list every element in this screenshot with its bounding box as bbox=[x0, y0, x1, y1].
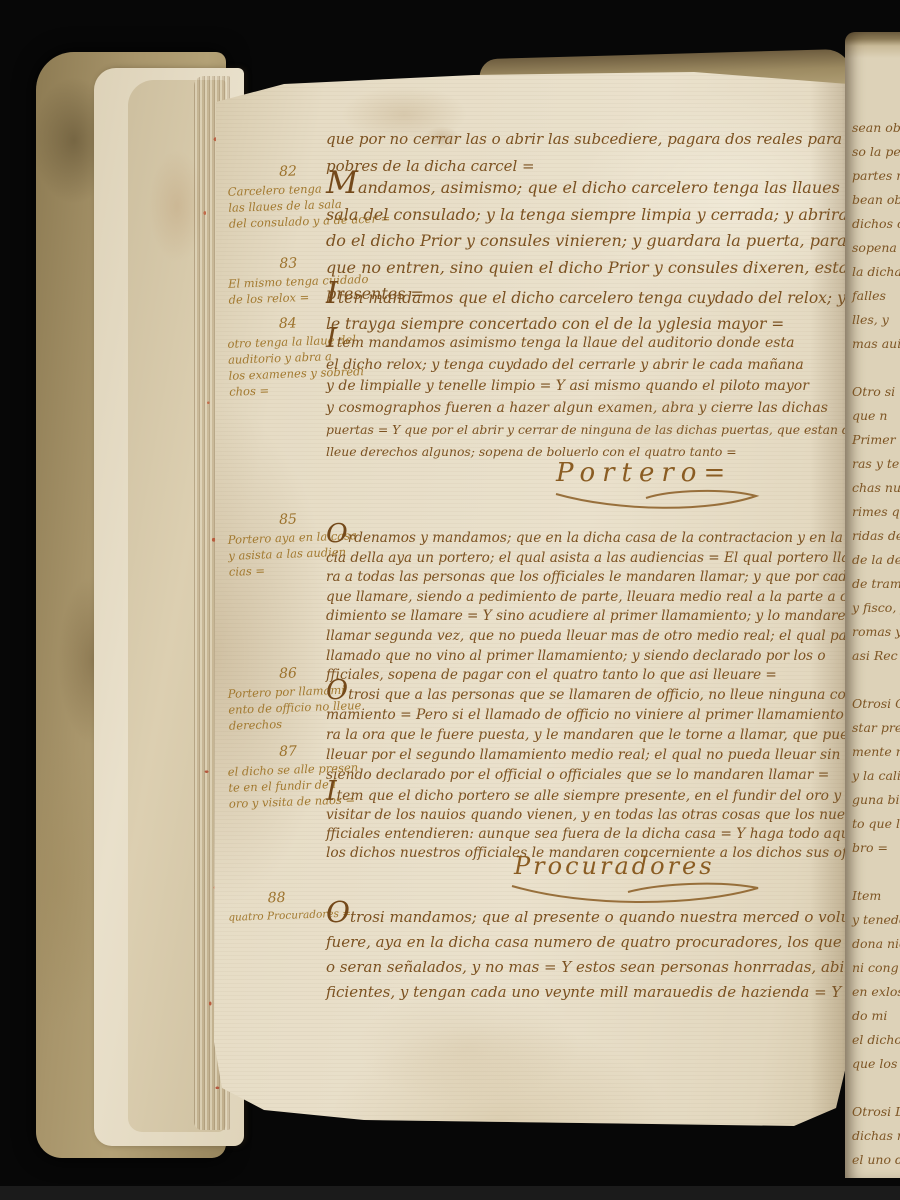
facing-fragment-line: Otrosi Gon bbox=[852, 692, 900, 716]
facing-fragment-line: do mi bbox=[852, 1004, 900, 1028]
manuscript-line: cia della aya un portero; el qual asista… bbox=[326, 549, 848, 569]
manuscript-line: Mandamos, asimismo; que el dicho carcele… bbox=[326, 171, 848, 202]
facing-fragment-line: chas nue bbox=[852, 476, 900, 500]
margin-note-text: el dicho se alle presente en el fundir d… bbox=[228, 760, 334, 812]
margin-note-line: chos = bbox=[229, 380, 333, 400]
margin-note-line: de los relox = bbox=[228, 288, 332, 308]
facing-fragment-line: romas y bbox=[852, 620, 900, 644]
facing-fragment-line: mente mu bbox=[852, 740, 900, 764]
heading-procuradores: Procuradores bbox=[514, 852, 715, 880]
margin-number-84: 84 bbox=[279, 314, 332, 332]
manuscript-line: llamado que no vino al primer llamamient… bbox=[326, 647, 848, 667]
manuscript-line: fuere, aya en la dicha casa numero de qu… bbox=[326, 930, 848, 955]
paragraph-85: Ordenamos y mandamos; que en la dicha ca… bbox=[326, 523, 848, 686]
margin-note-text: Carcelero tengalas llaues de la saladel … bbox=[228, 180, 334, 232]
manuscript-line: el dicho relox; y tenga cuydado del cerr… bbox=[326, 355, 848, 377]
facing-fragment-line: to que la L bbox=[852, 812, 900, 836]
facing-fragment-line: que n bbox=[852, 404, 900, 428]
facing-fragment-line: en exlos bbox=[852, 980, 900, 1004]
manuscript-line: Otrosi que a las personas que se llamare… bbox=[326, 680, 848, 705]
facing-fragment-line bbox=[852, 860, 900, 884]
manuscript-line: que llamare, siendo a pedimiento de part… bbox=[326, 588, 848, 608]
manuscript-line: Item mandamos asimismo tenga la llaue de… bbox=[326, 328, 848, 355]
margin-note-text: Portero por llamamiento de officio no ll… bbox=[228, 682, 334, 734]
facing-fragment-line: partes no bbox=[852, 164, 900, 188]
facing-fragment-line: dichas nu bbox=[852, 1124, 900, 1148]
facing-fragment-line bbox=[852, 668, 900, 692]
facing-page-sliver: sean ob lso la pepartes nobean oblidicho… bbox=[845, 32, 900, 1178]
facing-fragment-line: y fisco, y bbox=[852, 596, 900, 620]
facing-fragment-line: y tenedor bbox=[852, 908, 900, 932]
heading-procuradores-text: Procuradores bbox=[514, 852, 715, 880]
facing-fragment-line: Item bbox=[852, 884, 900, 908]
facing-fragment-line: lles, y bbox=[852, 308, 900, 332]
facing-page-text: sean ob lso la pepartes nobean oblidicho… bbox=[852, 116, 900, 1178]
facing-fragment-line bbox=[852, 1076, 900, 1100]
manuscript-page: que por no cerrar las o abrir las subced… bbox=[214, 72, 848, 1132]
manuscript-line: Item que el dicho portero se alle siempr… bbox=[326, 781, 848, 806]
manuscript-line: que no entren, sino quien el dicho Prior… bbox=[326, 255, 848, 282]
facing-fragment-line: ridas de bbox=[852, 524, 900, 548]
margin-number-82: 82 bbox=[279, 162, 332, 180]
facing-fragment-line: sean ob l bbox=[852, 116, 900, 140]
facing-fragment-line: Otrosi L bbox=[852, 1100, 900, 1124]
facing-fragment-line: asi Rec bbox=[852, 644, 900, 668]
manuscript-line: do el dicho Prior y consules vinieren; y… bbox=[326, 228, 848, 255]
paragraph-88: Otrosi mandamos; que al presente o quand… bbox=[326, 901, 848, 1005]
facing-fragment-line: la dicha c bbox=[852, 260, 900, 284]
manuscript-line: sala del consulado; y la tenga siempre l… bbox=[326, 202, 848, 229]
underline-flourish bbox=[550, 486, 770, 512]
facing-fragment-line: star pres bbox=[852, 716, 900, 740]
margin-note-text: quatro Procuradores = bbox=[228, 906, 332, 926]
margin-note-text: Portero aya en la casay asista a las aud… bbox=[228, 528, 334, 580]
facing-fragment-line: de la derec bbox=[852, 548, 900, 572]
facing-fragment-line: bro = bbox=[852, 836, 900, 860]
manuscript-line: que por no cerrar las o abrir las subced… bbox=[326, 126, 848, 153]
facing-fragment-line: ras y ten bbox=[852, 452, 900, 476]
margin-note-86: 86 Portero por llamamiento de officio no… bbox=[227, 664, 333, 734]
facing-fragment-line: ligados en bbox=[852, 1172, 900, 1178]
margin-note-text: El mismo tenga cuidadode los relox = bbox=[228, 272, 333, 308]
margin-note-line: quatro Procuradores = bbox=[228, 906, 332, 926]
facing-fragment-line: bean obli bbox=[852, 188, 900, 212]
manuscript-photo: que por no cerrar las o abrir las subced… bbox=[0, 0, 900, 1200]
manuscript-line: y cosmographos fueren a hazer algun exam… bbox=[326, 398, 848, 420]
margin-note-82: 82 Carcelero tengalas llaues de la salad… bbox=[227, 162, 333, 232]
margin-note-83: 83 El mismo tenga cuidadode los relox = bbox=[227, 254, 333, 308]
facing-fragment-line: so la pe bbox=[852, 140, 900, 164]
margin-note-line: cias = bbox=[229, 560, 333, 580]
facing-fragment-line: de trama bbox=[852, 572, 900, 596]
margin-number-88: 88 bbox=[267, 888, 332, 906]
facing-fragment-line bbox=[852, 356, 900, 380]
manuscript-line: y de limpialle y tenelle limpio = Y asi … bbox=[326, 376, 848, 398]
margin-number-85: 85 bbox=[279, 510, 332, 528]
paragraph-86: Otrosi que a las personas que se llamare… bbox=[326, 680, 848, 785]
margin-note-87: 87 el dicho se alle presente en el fundi… bbox=[227, 742, 333, 812]
manuscript-line: mamiento = Pero si el llamado de officio… bbox=[326, 705, 848, 725]
margin-number-83: 83 bbox=[279, 254, 332, 272]
facing-fragment-line: el uno d bbox=[852, 1148, 900, 1172]
heading-portero: Portero= bbox=[556, 458, 732, 488]
manuscript-line: lleuar por el segundo llamamiento medio … bbox=[326, 745, 848, 765]
manuscript-line: fficiales entendieren: aunque sea fuera … bbox=[326, 825, 848, 844]
manuscript-line: visitar de los nauios quando vienen, y e… bbox=[326, 806, 848, 825]
margin-number-86: 86 bbox=[279, 664, 332, 682]
facing-fragment-line: falles bbox=[852, 284, 900, 308]
manuscript-line: Otrosi mandamos; que al presente o quand… bbox=[326, 901, 848, 930]
facing-fragment-line: sopena a bbox=[852, 236, 900, 260]
heading-portero-text: Portero= bbox=[556, 458, 732, 488]
paragraph-87: Item que el dicho portero se alle siempr… bbox=[326, 781, 848, 863]
margin-note-line: derechos bbox=[229, 714, 333, 734]
margin-note-84: 84 otro tenga la llaue delauditorio y ab… bbox=[227, 314, 334, 400]
facing-fragment-line: rimes q bbox=[852, 500, 900, 524]
facing-fragment-line: guna bia bbox=[852, 788, 900, 812]
facing-fragment-line: dichos op bbox=[852, 212, 900, 236]
margin-note-85: 85 Portero aya en la casay asista a las … bbox=[227, 510, 333, 580]
photo-bottom-band bbox=[0, 1186, 900, 1200]
facing-fragment-line: ni cong bbox=[852, 956, 900, 980]
margin-number-87: 87 bbox=[279, 742, 332, 760]
manuscript-line: ra la ora que le fuere puesta, y le mand… bbox=[326, 725, 848, 745]
facing-fragment-line: y la calia bbox=[852, 764, 900, 788]
margin-note-88: 88 quatro Procuradores = bbox=[227, 888, 332, 926]
manuscript-line: dimiento se llamare = Y sino acudiere al… bbox=[326, 607, 848, 627]
margin-note-line: del consulado y a de acer = bbox=[229, 212, 333, 232]
facing-fragment-line: que los bue bbox=[852, 1052, 900, 1076]
facing-fragment-line: mas aui bbox=[852, 332, 900, 356]
paragraph-84: Item mandamos asimismo tenga la llaue de… bbox=[326, 328, 848, 462]
facing-fragment-line: Primer bbox=[852, 428, 900, 452]
manuscript-line: puertas = Y que por el abrir y cerrar de… bbox=[326, 419, 848, 441]
facing-fragment-line: Otro si bbox=[852, 380, 900, 404]
margin-note-text: otro tenga la llaue delauditorio y abra … bbox=[227, 332, 333, 400]
facing-fragment-line: el dicho bbox=[852, 1028, 900, 1052]
margin-note-line: oro y visita de naos = bbox=[229, 792, 333, 812]
manuscript-line: ra a todas las personas que los official… bbox=[326, 568, 848, 588]
manuscript-line: ficientes, y tengan cada uno veynte mill… bbox=[326, 980, 848, 1005]
manuscript-line: Iten mandamos que el dicho carcelero ten… bbox=[326, 282, 848, 311]
manuscript-line: Ordenamos y mandamos; que en la dicha ca… bbox=[326, 523, 848, 549]
facing-fragment-line: dona nien bbox=[852, 932, 900, 956]
manuscript-line: llamar segunda vez, que no pueda lleuar … bbox=[326, 627, 848, 647]
manuscript-line: o seran señalados, y no mas = Y estos se… bbox=[326, 955, 848, 980]
